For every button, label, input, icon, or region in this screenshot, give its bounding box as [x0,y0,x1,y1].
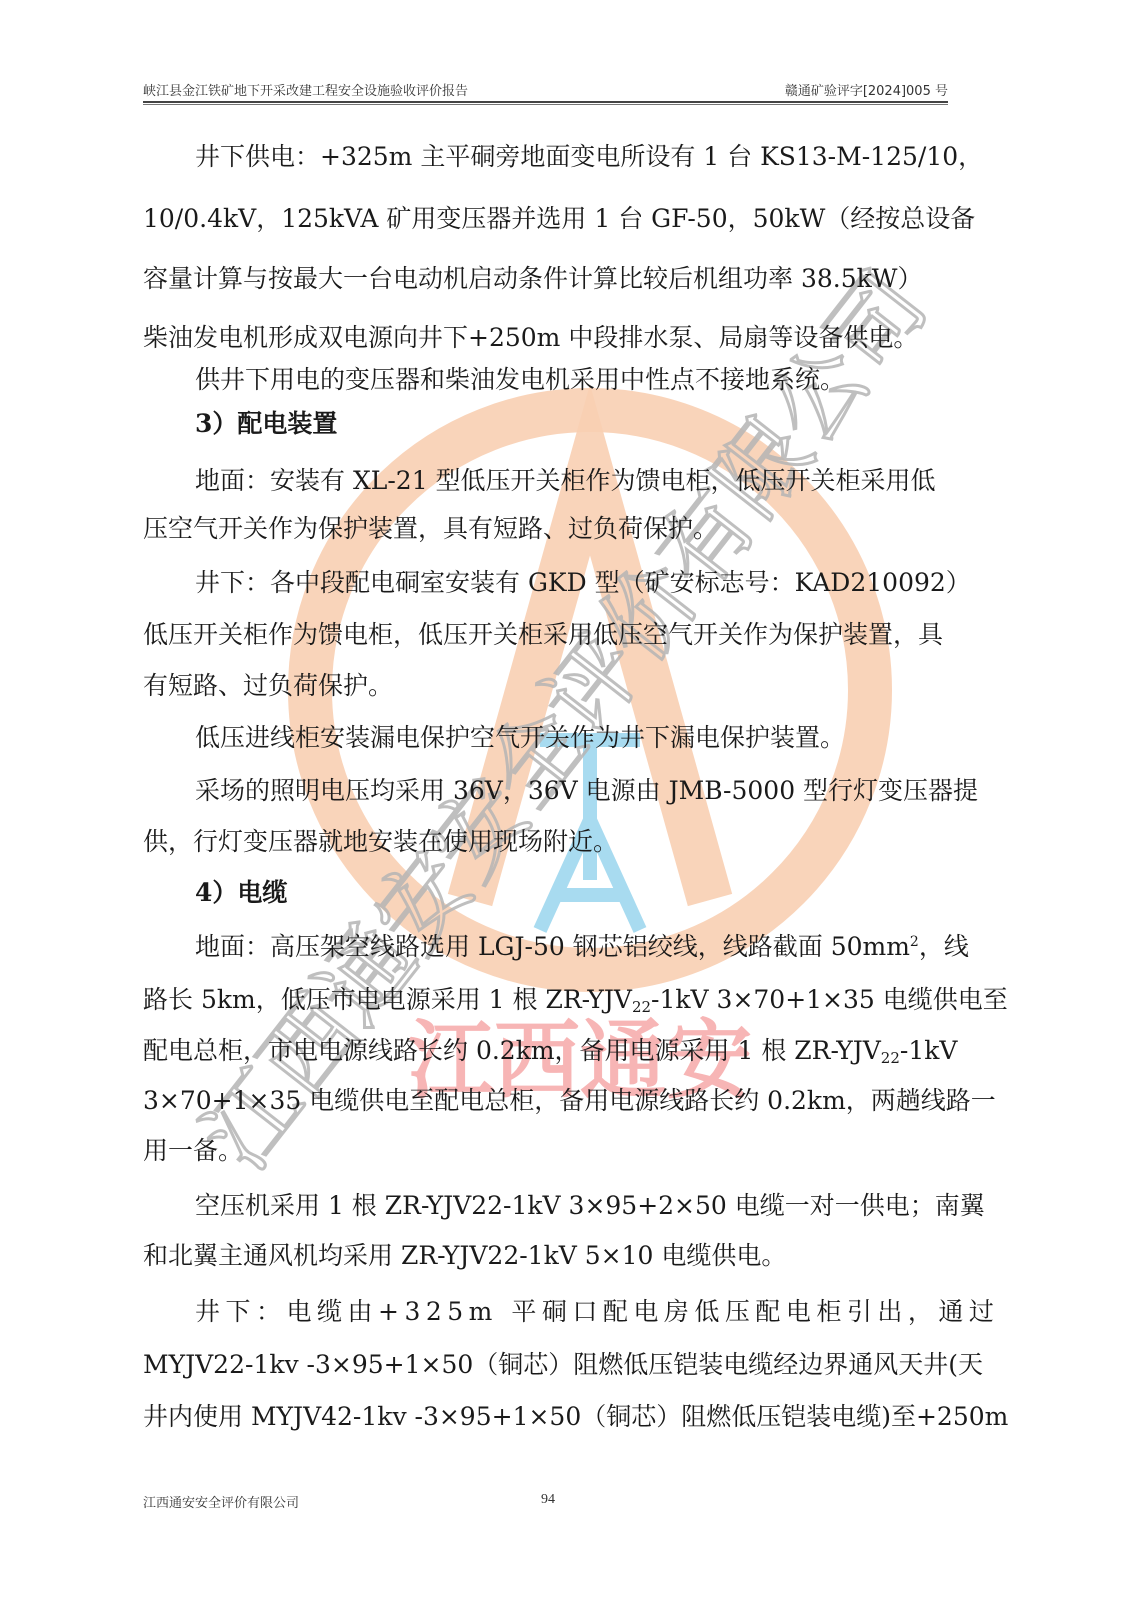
paragraph-line: 空压机采用 1 根 ZR-YJV22-1kV 3×95+2×50 电缆一对一供电… [195,1191,985,1221]
paragraph-line: 供，行灯变压器就地安装在使用现场附近。 [143,827,618,857]
paragraph-line: 供井下用电的变压器和柴油发电机采用中性点不接地系统。 [195,365,845,395]
paragraph-line: 路长 5km，低压市电电源采用 1 根 ZR-YJV22-1kV 3×70+1×… [143,985,1008,1015]
header-divider [143,101,948,103]
paragraph-line: 采场的照明电压均采用 36V，36V 电源由 JMB-5000 型行灯变压器提 [195,776,978,806]
page-header: 峡江县金江铁矿地下开采改建工程安全设施验收评价报告 赣通矿验评字[2024]00… [143,78,948,100]
paragraph-line: 柴油发电机形成双电源向井下+250m 中段排水泵、局扇等设备供电。 [143,323,918,353]
section-heading: 4）电缆 [195,878,287,908]
paragraph-line: 10/0.4kV，125kVA 矿用变压器并选用 1 台 GF-50，50kW（… [143,204,975,234]
paragraph-line: 用一备。 [143,1136,243,1166]
paragraph-line: 低压进线柜安装漏电保护空气开关作为井下漏电保护装置。 [195,723,845,753]
paragraph-line: 井下：电缆由+325m 平硐口配电房低压配电柜引出，通过 [195,1297,999,1327]
paragraph-line: 和北翼主通风机均采用 ZR-YJV22-1kV 5×10 电缆供电。 [143,1241,786,1271]
paragraph-line: 井内使用 MYJV42-1kv -3×95+1×50（铜芯）阻燃低压铠装电缆)至… [143,1402,1008,1432]
paragraph-line: 井下供电：+325m 主平硐旁地面变电所设有 1 台 KS13-M-125/10… [195,142,983,172]
paragraph-line: 容量计算与按最大一台电动机启动条件计算比较后机组功率 38.5kW） [143,264,922,294]
paragraph-line: 配电总柜，市电电源线路长约 0.2km，备用电源采用 1 根 ZR-YJV22-… [143,1036,957,1066]
paragraph-line: 地面：高压架空线路选用 LGJ-50 钢芯铝绞线，线路截面 50mm2，线 [195,932,969,962]
footer-company: 江西通安安全评价有限公司 [143,1492,299,1511]
paragraph-line: 有短路、过负荷保护。 [143,671,393,701]
page-footer: 江西通安安全评价有限公司 94 [143,1492,948,1512]
paragraph-line: 井下：各中段配电硐室安装有 GKD 型（矿安标志号：KAD210092） [195,568,971,598]
section-heading: 3）配电装置 [195,409,337,439]
header-divider-thin [143,104,948,105]
paragraph-line: 3×70+1×35 电缆供电至配电总柜，备用电源线路长约 0.2km，两趟线路一 [143,1086,996,1116]
paragraph-line: 地面：安装有 XL-21 型低压开关柜作为馈电柜，低压开关柜采用低 [195,466,936,496]
report-title: 峡江县金江铁矿地下开采改建工程安全设施验收评价报告 [143,80,468,99]
paragraph-line: 低压开关柜作为馈电柜，低压开关柜采用低压空气开关作为保护装置，具 [143,620,943,650]
paragraph-line: 压空气开关作为保护装置，具有短路、过负荷保护。 [143,514,718,544]
paragraph-line: MYJV22-1kv -3×95+1×50（铜芯）阻燃低压铠装电缆经边界通风天井… [143,1350,983,1380]
page-number: 94 [541,1492,555,1508]
document-number: 赣通矿验评字[2024]005 号 [785,80,948,99]
